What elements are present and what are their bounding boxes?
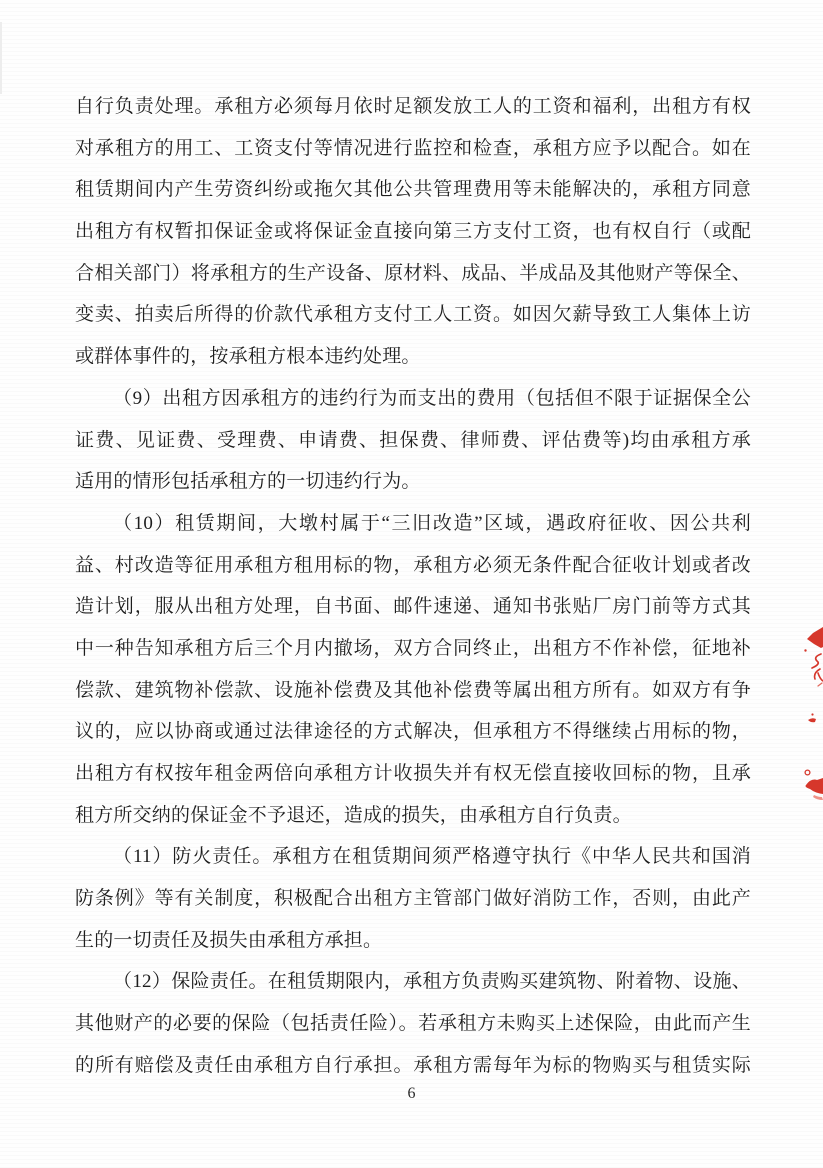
paragraph-clause-10: （10）租赁期间，大墩村属于“三旧改造”区域，遇政府征收、因公共利 益、村改造等… [75, 503, 751, 837]
text-line: 生的一切责任及损失由承租方承担。 [75, 920, 751, 962]
text-line: 租赁期间内产生劳资纠纷或拖欠其他公共管理费用等未能解决的，承租方同意 [75, 169, 751, 211]
text-line: （11）防火责任。承租方在租赁期间须严格遵守执行《中华人民共和国消 [75, 836, 751, 878]
paragraph-clause-8-continuation: 自行负责处理。承租方必须每月依时足额发放工人的工资和福利，出租方有权 对承租方的… [75, 86, 751, 378]
text-line: 偿款、建筑物补偿款、设施补偿费及其他补偿费等属出租方所有。如双方有争 [75, 670, 751, 712]
red-ink-stroke-top-icon [804, 627, 823, 686]
text-line: 的所有赔偿及责任由承租方自行承担。承租方需每年为标的物购买与租赁实际 [75, 1045, 751, 1087]
text-line: 防条例》等有关制度，积极配合出租方主管部门做好消防工作，否则，由此产 [75, 878, 751, 920]
text-line: 益、村改造等征用承租方租用标的物，承租方必须无条件配合征收计划或者改 [75, 545, 751, 587]
text-line: 议的，应以协商或通过法律途径的方式解决，但承租方不得继续占用标的物， [75, 711, 751, 753]
text-line: 中一种告知承租方后三个月内撤场，双方合同终止，出租方不作补偿，征地补 [75, 628, 751, 670]
page-number: 6 [0, 1085, 823, 1103]
text-line: 适用的情形包括承租方的一切违约行为。 [75, 461, 751, 503]
text-line: （12）保险责任。在租赁期限内，承租方负责购买建筑物、附着物、设施、 [75, 961, 751, 1003]
red-ink-tick-middle-icon [808, 713, 816, 722]
contract-text: 自行负责处理。承租方必须每月依时足额发放工人的工资和福利，出租方有权 对承租方的… [75, 86, 751, 1087]
text-line: 合相关部门）将承租方的生产设备、原材料、成品、半成品及其他财产等保全、 [75, 253, 751, 295]
text-line: （9）出租方因承租方的违约行为而支出的费用（包括但不限于证据保全公 [75, 378, 751, 420]
text-line: 自行负责处理。承租方必须每月依时足额发放工人的工资和福利，出租方有权 [75, 86, 751, 128]
text-line: 证费、见证费、受理费、申请费、担保费、律师费、评估费等)均由承租方承担； [75, 420, 751, 462]
text-line: 或群体事件的，按承租方根本违约处理。 [75, 336, 751, 378]
paragraph-clause-12: （12）保险责任。在租赁期限内，承租方负责购买建筑物、附着物、设施、 其他财产的… [75, 961, 751, 1086]
text-line: 出租方有权暂扣保证金或将保证金直接向第三方支付工资，也有权自行（或配 [75, 211, 751, 253]
paragraph-clause-11: （11）防火责任。承租方在租赁期间须严格遵守执行《中华人民共和国消 防条例》等有… [75, 836, 751, 961]
text-line: 其他财产的必要的保险（包括责任险）。若承租方未购买上述保险，由此而产生 [75, 1003, 751, 1045]
text-line: 出租方有权按年租金两倍向承租方计收损失并有权无偿直接收回标的物，且承 [75, 753, 751, 795]
text-line: 租方所交纳的保证金不予退还，造成的损失，由承租方自行负责。 [75, 795, 751, 837]
text-line: 造计划，服从出租方处理，自书面、邮件速递、通知书张贴厂房门前等方式其 [75, 586, 751, 628]
red-ink-blob-bottom-icon [805, 770, 823, 800]
text-line: 对承租方的用工、工资支付等情况进行监控和检查，承租方应予以配合。如在 [75, 128, 751, 170]
text-line: 变卖、拍卖后所得的价款代承租方支付工人工资。如因欠薪导致工人集体上访 [75, 294, 751, 336]
paragraph-clause-9: （9）出租方因承租方的违约行为而支出的费用（包括但不限于证据保全公 证费、见证费… [75, 378, 751, 503]
text-line: （10）租赁期间，大墩村属于“三旧改造”区域，遇政府征收、因公共利 [75, 503, 751, 545]
scan-edge-artifact [0, 22, 2, 94]
scanned-contract-page: 自行负责处理。承租方必须每月依时足额发放工人的工资和福利，出租方有权 对承租方的… [0, 0, 823, 1168]
